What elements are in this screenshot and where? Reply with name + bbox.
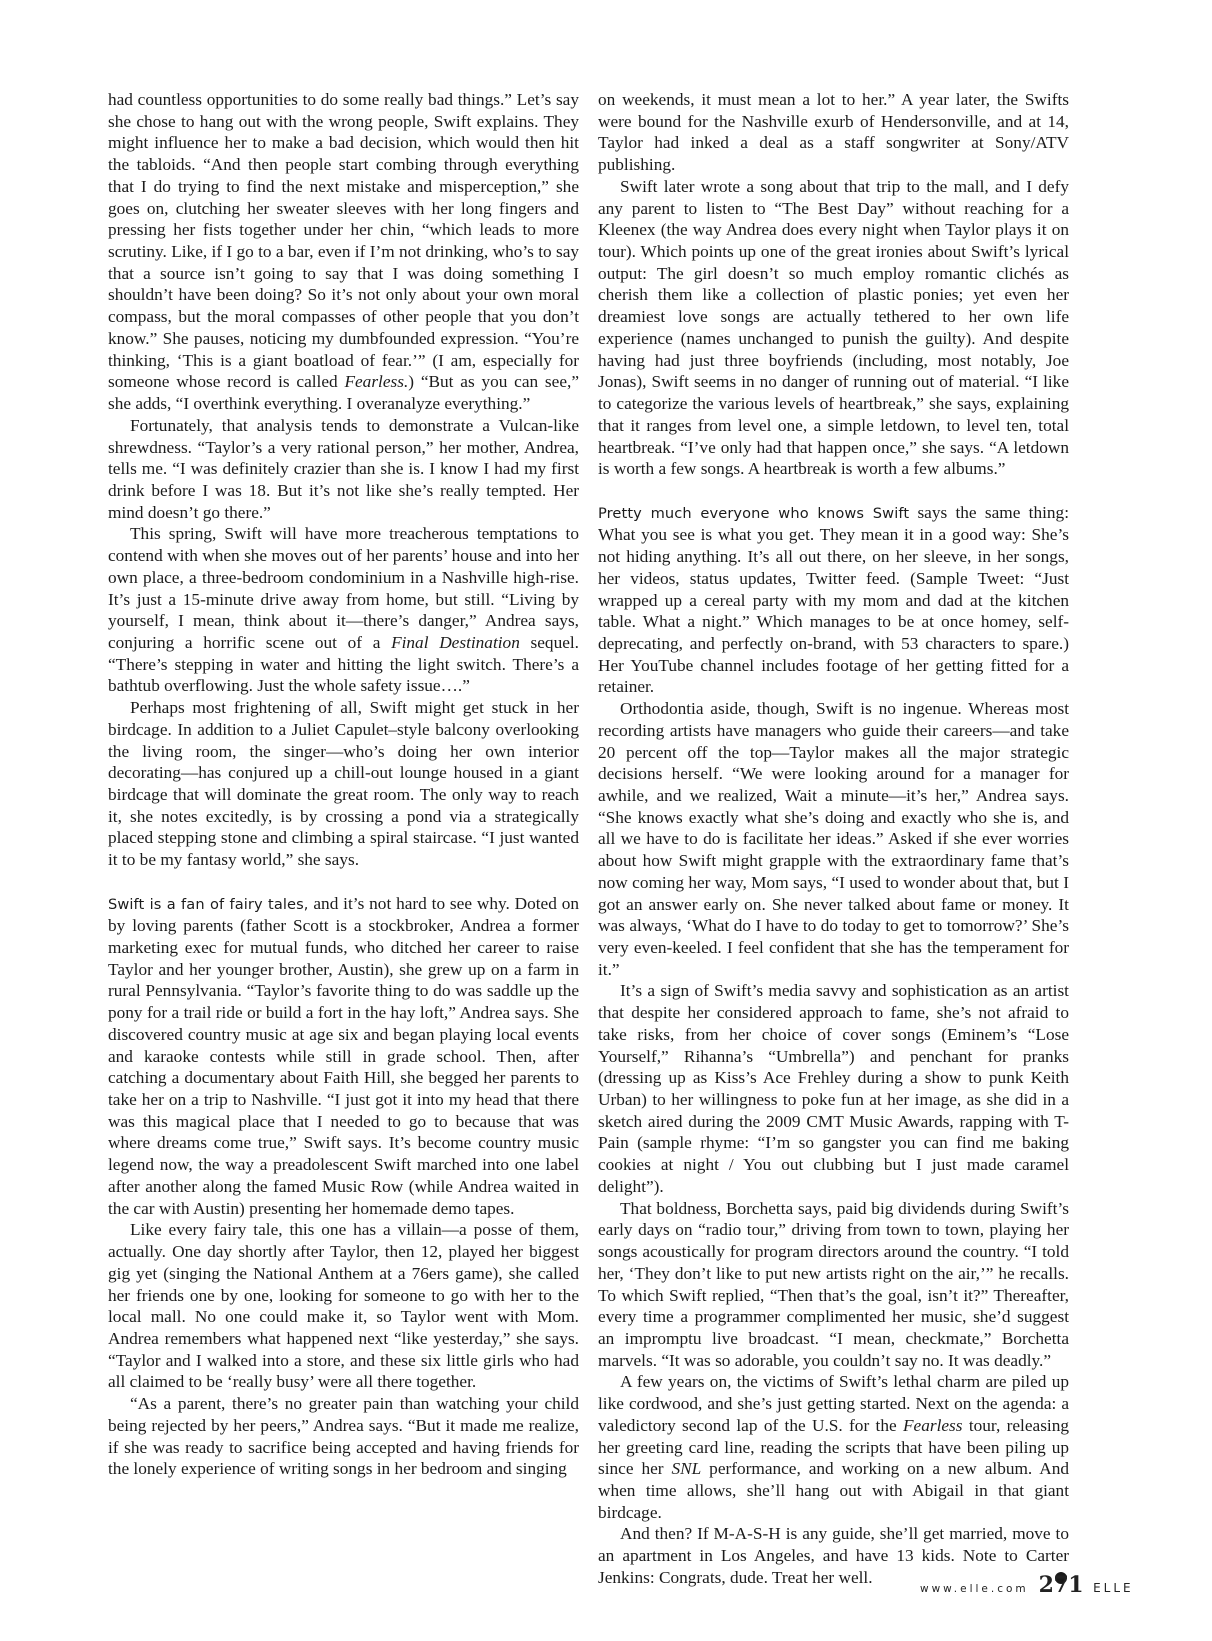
paragraph: Like every fairy tale, this one has a vi…	[108, 1219, 579, 1393]
article-column-left: had countless opportunities to do some r…	[108, 89, 579, 1480]
paragraph: “As a parent, there’s no greater pain th…	[108, 1393, 579, 1480]
paragraph: Swift later wrote a song about that trip…	[598, 176, 1069, 480]
footer-url: www.elle.com	[920, 1583, 1029, 1595]
paragraph: Perhaps most frightening of all, Swift m…	[108, 697, 579, 871]
album-title: Fearless.	[344, 372, 408, 391]
paragraph: That boldness, Borchetta says, paid big …	[598, 1198, 1069, 1372]
page-number: 271	[1039, 1572, 1083, 1598]
magazine-page: had countless opportunities to do some r…	[0, 0, 1212, 1641]
section-lead-in: Swift is a fan of fairy tales,	[108, 896, 309, 913]
section-paragraph: Swift is a fan of fairy tales, and it’s …	[108, 893, 579, 1220]
tour-title: Fearless	[903, 1416, 963, 1435]
article-column-right: on weekends, it must mean a lot to her.”…	[598, 89, 1069, 1589]
paragraph: Fortunately, that analysis tends to demo…	[108, 415, 579, 524]
section-paragraph: Pretty much everyone who knows Swift say…	[598, 502, 1069, 698]
paragraph: This spring, Swift will have more treach…	[108, 523, 579, 697]
section-lead-in: Pretty much everyone who knows Swift	[598, 505, 909, 522]
paragraph: on weekends, it must mean a lot to her.”…	[598, 89, 1069, 176]
paragraph: Orthodontia aside, though, Swift is no i…	[598, 698, 1069, 980]
magazine-name: ELLE	[1093, 1581, 1134, 1595]
page-footer: www.elle.com 271 ELLE	[920, 1572, 1134, 1602]
film-title: Final Destination	[391, 633, 520, 652]
paragraph: had countless opportunities to do some r…	[108, 89, 579, 415]
paragraph: It’s a sign of Swift’s media savvy and s…	[598, 980, 1069, 1197]
paragraph: A few years on, the victims of Swift’s l…	[598, 1371, 1069, 1523]
show-title: SNL	[671, 1459, 701, 1478]
